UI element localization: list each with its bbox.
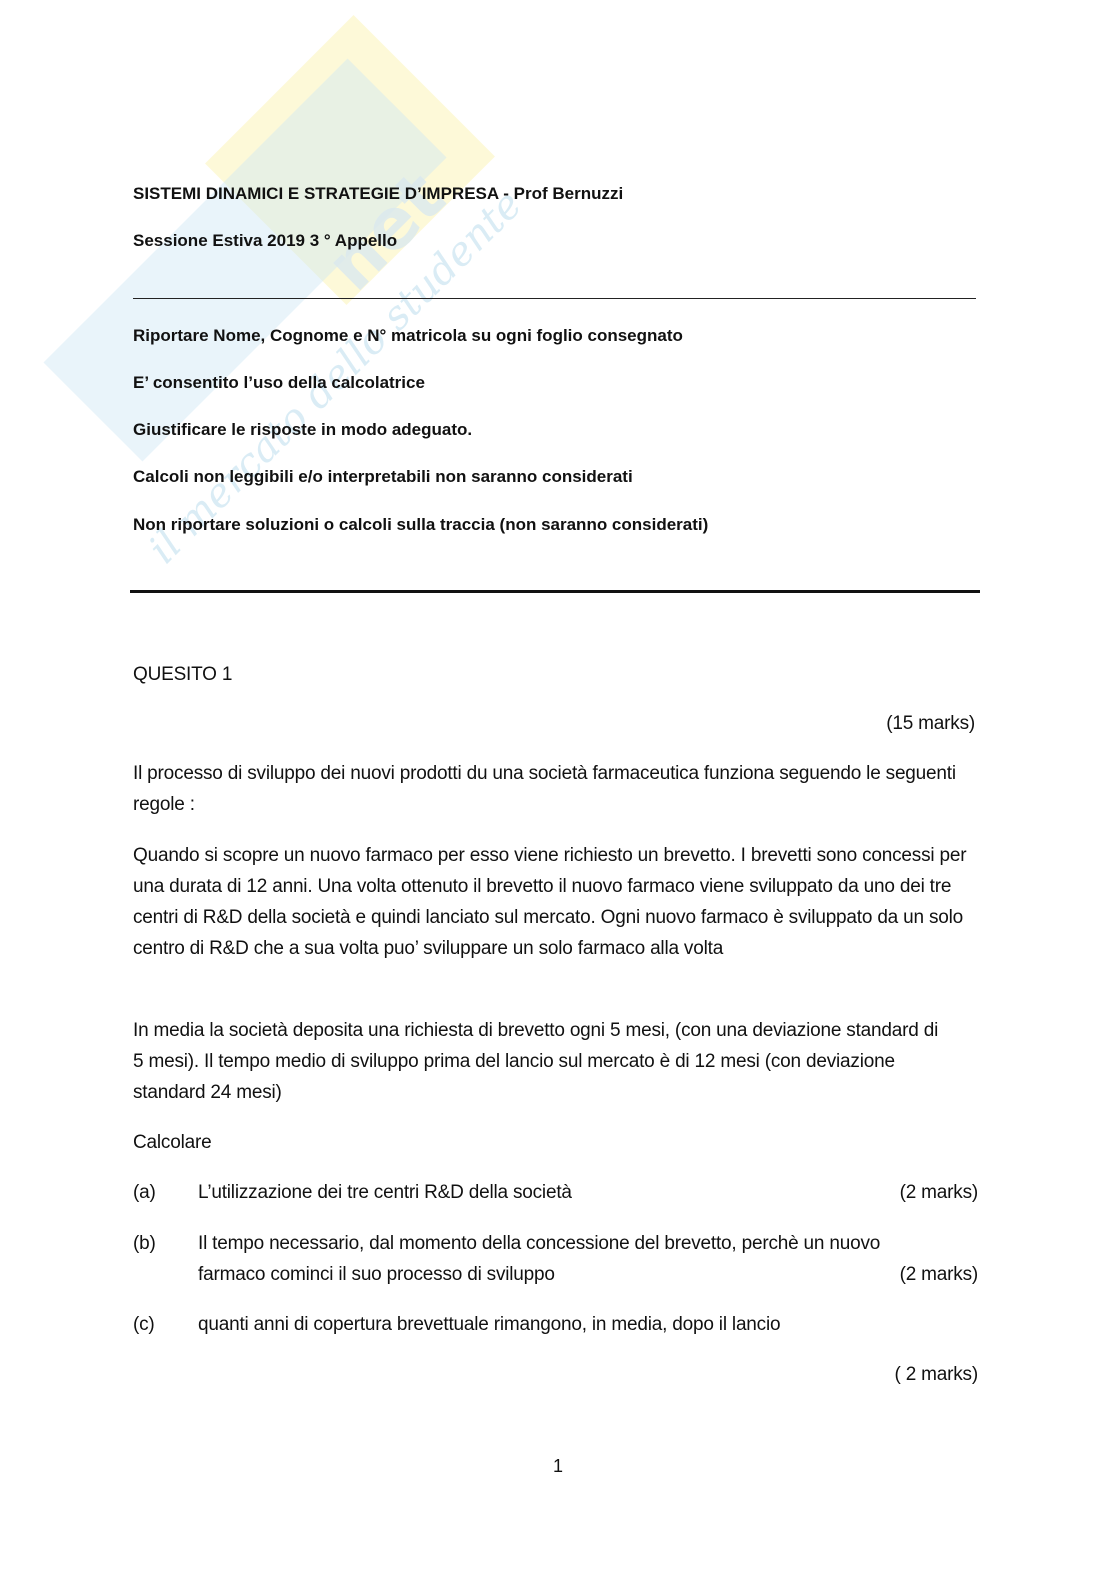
subquestion-text: quanti anni di copertura brevettuale rim… (198, 1309, 898, 1340)
section-divider (130, 590, 980, 593)
subquestion-marks: (2 marks) (900, 1259, 978, 1290)
question-paragraph: Quando si scopre un nuovo farmaco per es… (133, 840, 983, 964)
instruction-item: Giustificare le risposte in modo adeguat… (133, 420, 472, 440)
course-title: SISTEMI DINAMICI E STRATEGIE D’IMPRESA -… (133, 184, 623, 204)
page-number: 1 (0, 1456, 1116, 1477)
question-title: QUESITO 1 (133, 659, 232, 690)
header-divider (133, 298, 976, 299)
exam-session: Sessione Estiva 2019 3 ° Appello (133, 231, 397, 251)
subquestion-marks: ( 2 marks) (894, 1359, 978, 1390)
subquestion-marks: (2 marks) (900, 1177, 978, 1208)
instruction-item: Riportare Nome, Cognome e N° matricola s… (133, 326, 683, 346)
calculate-label: Calcolare (133, 1127, 211, 1158)
question-paragraph: Il processo di sviluppo dei nuovi prodot… (133, 758, 983, 820)
instruction-item: Calcoli non leggibili e/o interpretabili… (133, 467, 633, 487)
subquestion-label: (a) (133, 1177, 156, 1208)
subquestion-text: L’utilizzazione dei tre centri R&D della… (198, 1177, 868, 1208)
subquestion-label: (b) (133, 1228, 156, 1259)
question-paragraph: In media la società deposita una richies… (133, 1015, 953, 1108)
instruction-item: Non riportare soluzioni o calcoli sulla … (133, 515, 708, 535)
instruction-item: E’ consentito l’uso della calcolatrice (133, 373, 425, 393)
exam-page: SISTEMI DINAMICI E STRATEGIE D’IMPRESA -… (0, 0, 1116, 1579)
question-marks: (15 marks) (886, 708, 975, 739)
subquestion-text: Il tempo necessario, dal momento della c… (198, 1228, 898, 1290)
subquestion-label: (c) (133, 1309, 155, 1340)
